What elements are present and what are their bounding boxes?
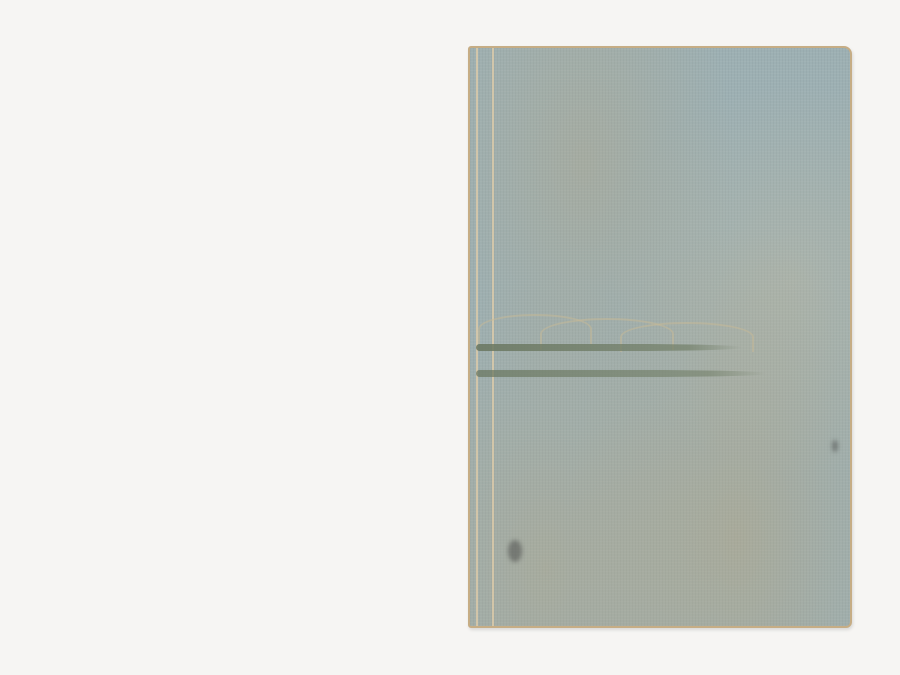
ink-stain (508, 540, 522, 562)
ink-stain (832, 440, 838, 452)
book-cover (468, 46, 852, 628)
ink-stroke (476, 344, 742, 351)
ink-stroke (476, 370, 766, 377)
